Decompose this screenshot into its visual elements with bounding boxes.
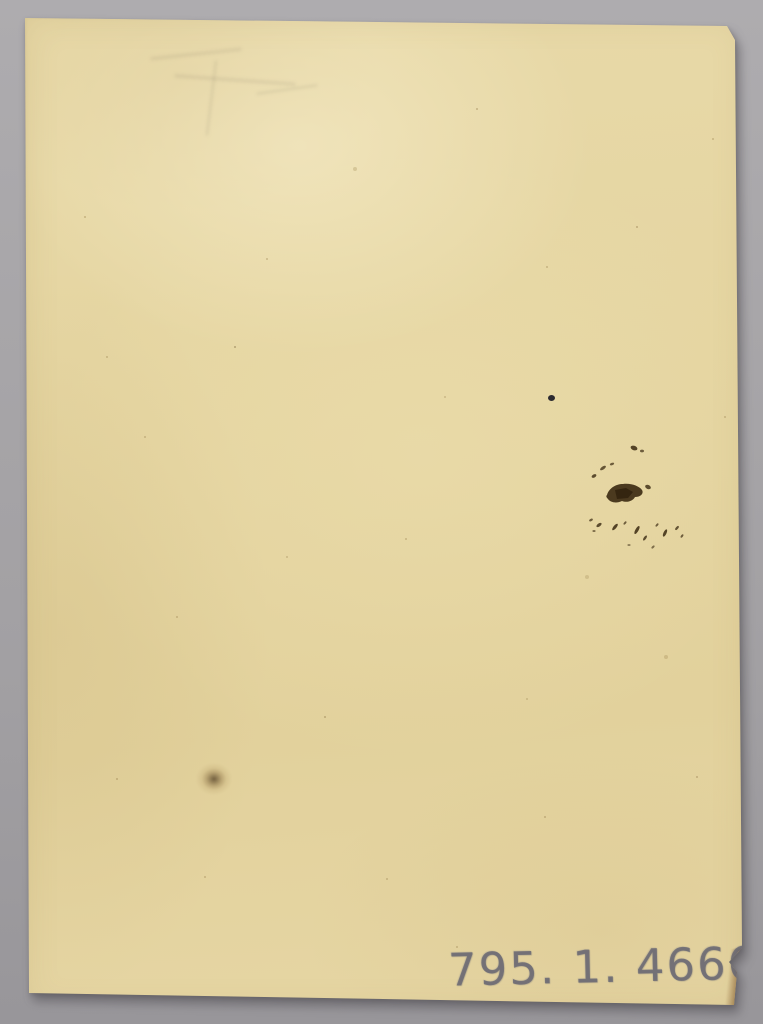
accession-number-inscription: 795. 1. 4666 — [448, 940, 763, 992]
paper-shadow-wrap: 795. 1. 4666 — [0, 0, 763, 1024]
ink-spatter — [585, 435, 695, 565]
ink-dot — [548, 395, 555, 401]
erased-pencil-marks — [174, 74, 296, 87]
erased-pencil-marks — [150, 47, 242, 61]
photo-background: 795. 1. 4666 — [0, 0, 763, 1024]
brown-stain-spot — [196, 763, 232, 795]
erased-pencil-marks — [205, 60, 217, 136]
paper-sheet: 795. 1. 4666 — [24, 16, 746, 1012]
paper-fiber-specks — [24, 16, 26, 18]
